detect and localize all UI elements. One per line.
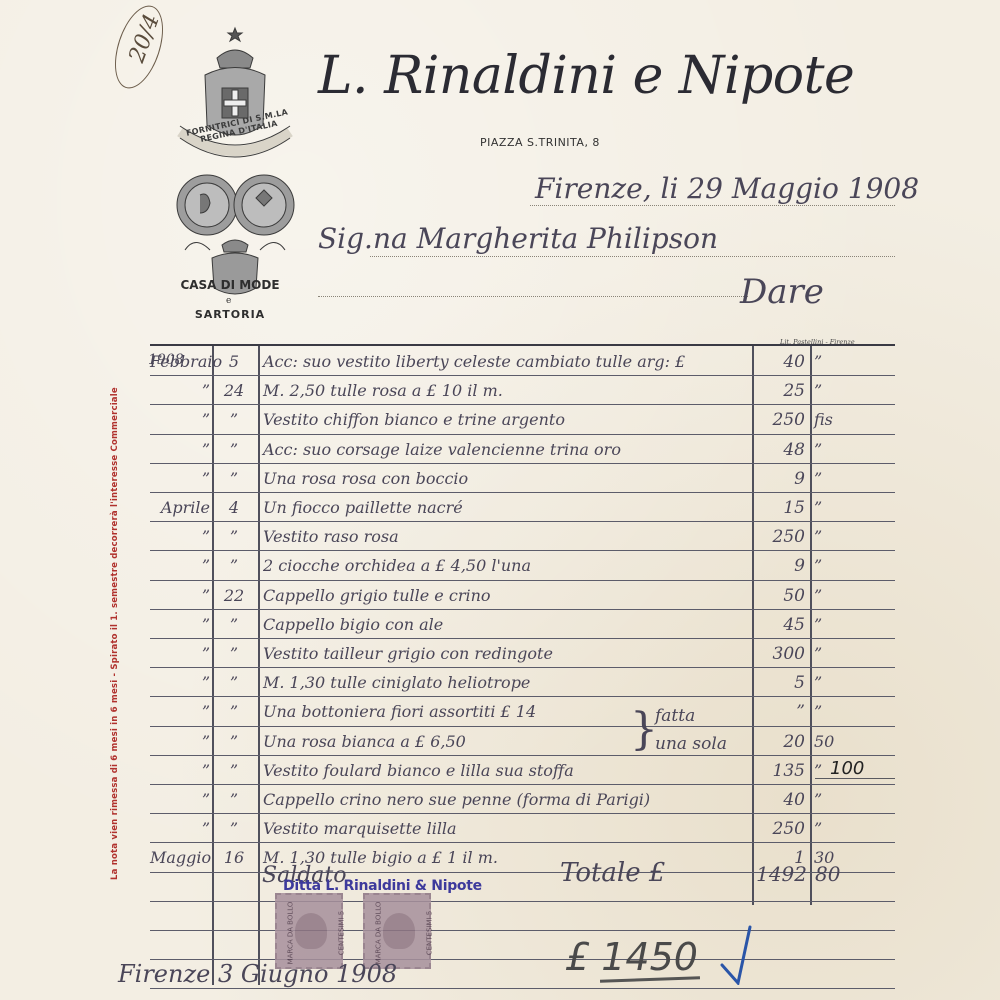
ledger-row-rule (150, 930, 895, 931)
row-day: ” (214, 644, 254, 663)
row-amount-cent: ” (814, 644, 854, 663)
ledger-row-rule (150, 842, 895, 843)
row-amount-lire: 25 (755, 381, 805, 401)
row-amount-lire: 250 (755, 410, 805, 430)
company-name: L. Rinaldini e Nipote (318, 46, 854, 106)
row-month: ” (150, 732, 210, 751)
row-amount-cent: ” (814, 469, 854, 488)
tagline-connector: e (226, 296, 231, 306)
row-description: Vestito marquisette lilla (263, 819, 457, 838)
row-amount-cent: fis (814, 410, 854, 429)
row-description: Una rosa bianca a £ 6,50 (263, 732, 466, 751)
row-month: ” (150, 790, 210, 809)
ledger-row-rule (150, 463, 895, 464)
ledger-row-rule (150, 901, 895, 902)
row-description: Vestito chiffon bianco e trine argento (263, 410, 565, 429)
ledger-row-rule (150, 638, 895, 639)
ledger-top-rule (150, 344, 895, 346)
row-description: Acc: suo corsage laize valencienne trina… (263, 440, 621, 459)
dare-label: Dare (740, 272, 824, 312)
row-day: 24 (214, 381, 254, 400)
row-month: ” (150, 702, 210, 721)
row-day: ” (214, 527, 254, 546)
year-marker: 1908 (148, 352, 184, 368)
ledger-row-rule (150, 521, 895, 522)
ledger-row-rule (150, 667, 895, 668)
row-month: ” (150, 381, 210, 400)
row-amount-lire: ” (755, 702, 805, 722)
row-amount-lire: 9 (755, 556, 805, 576)
row-description: Una rosa rosa con boccio (263, 469, 468, 488)
ledger-row-rule (150, 434, 895, 435)
ledger-row-rule (150, 988, 895, 989)
row-description: Cappello bigio con ale (263, 615, 443, 634)
row-amount-cent: ” (814, 673, 854, 692)
firm-rubber-stamp: Ditta L. Rinaldini & Nipote (283, 878, 482, 894)
row-amount-cent: ” (814, 498, 854, 517)
row-day: ” (214, 410, 254, 429)
row-description: Acc: suo vestito liberty celeste cambiat… (263, 352, 685, 371)
ledger-row-rule (150, 726, 895, 727)
row-description: Un fiocco paillette nacré (263, 498, 463, 517)
row-amount-lire: 50 (755, 586, 805, 606)
total-lire: 1492 (752, 862, 807, 886)
row-month: ” (150, 469, 210, 488)
margin-correction: 100 (830, 758, 864, 779)
row-day: ” (214, 761, 254, 780)
row-day: ” (214, 673, 254, 692)
checkmark-icon (720, 925, 760, 985)
row-amount-cent: ” (814, 586, 854, 605)
row-day: 16 (214, 848, 254, 867)
tagline-casa-di-mode: CASA DI MODE (170, 278, 290, 292)
row-day: ” (214, 702, 254, 721)
ledger-row-rule (150, 755, 895, 756)
ledger-column-rule (810, 346, 812, 905)
ledger-row-rule (150, 813, 895, 814)
row-amount-cent: 50 (814, 732, 854, 751)
row-month: Maggio (150, 848, 210, 867)
row-month: ” (150, 644, 210, 663)
row-description: Cappello crino nero sue penne (forma di … (263, 790, 650, 809)
row-description: Vestito raso rosa (263, 527, 399, 546)
row-amount-cent: ” (814, 702, 854, 721)
correction-strike (815, 778, 895, 779)
row-amount-lire: 9 (755, 469, 805, 489)
row-amount-lire: 45 (755, 615, 805, 635)
row-description: Cappello grigio tulle e crino (263, 586, 491, 605)
row-amount-cent: ” (814, 440, 854, 459)
row-amount-cent: ” (814, 819, 854, 838)
row-amount-lire: 250 (755, 527, 805, 547)
row-day: 5 (214, 352, 254, 371)
row-month: ” (150, 615, 210, 634)
invoice-date: Firenze, li 29 Maggio 1908 (535, 172, 919, 205)
brace-icon: } (630, 704, 658, 755)
total-label: Totale £ (560, 858, 665, 888)
row-day: ” (214, 790, 254, 809)
row-amount-lire: 48 (755, 440, 805, 460)
row-amount-lire: 20 (755, 732, 805, 752)
row-day: ” (214, 615, 254, 634)
ledger-column-rule (258, 346, 260, 985)
row-day: ” (214, 469, 254, 488)
brace-note-fatta: fatta (655, 706, 695, 726)
ledger-row-rule (150, 580, 895, 581)
row-month: ” (150, 440, 210, 459)
recipient-name: Sig.na Margherita Philipson (318, 222, 718, 255)
row-description: Una bottoniera fiori assortiti £ 14 (263, 702, 536, 721)
row-month: ” (150, 556, 210, 575)
total-cent: 80 (815, 862, 840, 886)
ledger-row-rule (150, 784, 895, 785)
row-description: M. 1,30 tulle ciniglato heliotrope (263, 673, 530, 692)
row-amount-cent: ” (814, 352, 854, 371)
row-month: Aprile (150, 498, 210, 517)
row-month: ” (150, 819, 210, 838)
row-amount-cent: ” (814, 527, 854, 546)
row-day: 4 (214, 498, 254, 517)
revenue-stamp-2: MARCA DA BOLLO CENTESIMI 5 (363, 893, 431, 969)
row-description: M. 2,50 tulle rosa a £ 10 il m. (263, 381, 503, 400)
tagline-sartoria: SARTORIA (170, 308, 290, 321)
row-amount-lire: 40 (755, 790, 805, 810)
ledger-row-rule (150, 492, 895, 493)
row-amount-cent: ” (814, 381, 854, 400)
eagle-icon (383, 913, 415, 949)
row-month: ” (150, 527, 210, 546)
row-amount-lire: 5 (755, 673, 805, 693)
row-month: ” (150, 586, 210, 605)
row-amount-lire: 135 (755, 761, 805, 781)
eagle-icon (295, 913, 327, 949)
row-day: ” (214, 440, 254, 459)
ledger-row-rule (150, 404, 895, 405)
blank-dotted-line (318, 296, 748, 297)
row-day: ” (214, 819, 254, 838)
row-description: Vestito tailleur grigio con redingote (263, 644, 553, 663)
row-day: ” (214, 556, 254, 575)
date-dotted-line (530, 205, 895, 206)
row-amount-lire: 300 (755, 644, 805, 664)
row-amount-lire: 250 (755, 819, 805, 839)
recipient-dotted-line (370, 256, 895, 257)
row-month: ” (150, 410, 210, 429)
row-description: Vestito foulard bianco e lilla sua stoff… (263, 761, 574, 780)
row-description: 2 ciocche orchidea a £ 4,50 l'una (263, 556, 531, 575)
row-amount-cent: ” (814, 790, 854, 809)
row-amount-lire: 40 (755, 352, 805, 372)
row-day: 22 (214, 586, 254, 605)
row-amount-lire: 15 (755, 498, 805, 518)
ledger-column-rule (752, 346, 754, 905)
final-amount: £ 1450 (565, 935, 698, 979)
row-day: ” (214, 732, 254, 751)
row-month: ” (150, 761, 210, 780)
signature-date: Firenze 3 Giugno 1908 (118, 960, 397, 988)
row-month: ” (150, 673, 210, 692)
ledger-row-rule (150, 696, 895, 697)
ledger-row-rule (150, 550, 895, 551)
ledger-row-rule (150, 609, 895, 610)
brace-note-una-sola: una sola (655, 734, 727, 754)
company-address: PIAZZA S.TRINITA, 8 (480, 136, 600, 149)
row-amount-cent: ” (814, 556, 854, 575)
payment-terms-note: La nota vien rimessa di 6 mesi in 6 mesi… (110, 387, 120, 880)
row-amount-cent: ” (814, 615, 854, 634)
ledger-row-rule (150, 375, 895, 376)
revenue-stamp-1: MARCA DA BOLLO CENTESIMI 5 (275, 893, 343, 969)
